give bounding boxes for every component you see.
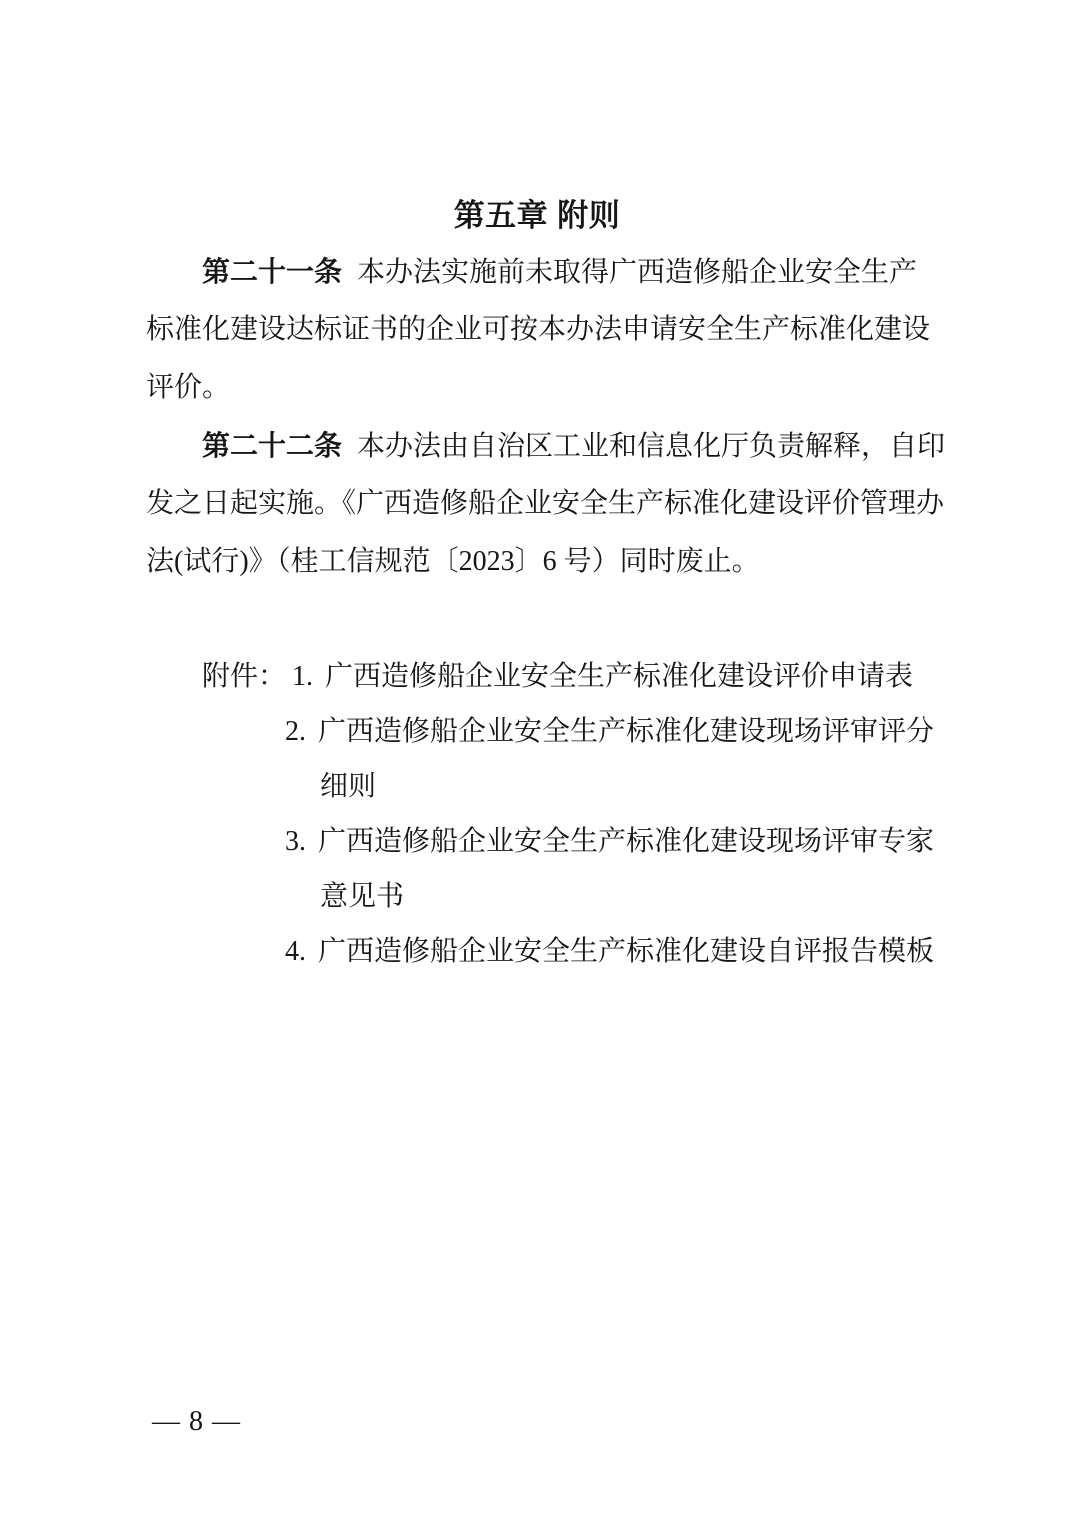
article-21-text-1: 本办法实施前未取得广西造修船企业安全生产 [357, 257, 917, 288]
article-22-line-1: 第二十二条本办法由自治区工业和信息化厅负责解释，自印 [146, 417, 936, 475]
attachments-list: 附件：1.广西造修船企业安全生产标准化建设评价申请表 2.广西造修船企业安全生产… [146, 649, 966, 979]
article-22-text-1: 本办法由自治区工业和信息化厅负责解释，自印 [357, 431, 945, 462]
article-21-number: 第二十一条 [202, 256, 342, 287]
attachment-1-text: 广西造修船企业安全生产标准化建设评价申请表 [325, 661, 913, 692]
article-22-text-2: 发之日起实施。《广西造修船企业安全生产标准化建设评价管理办 [146, 475, 936, 533]
article-22-text-3: 法(试行)》（桂工信规范〔2023〕6 号）同时废止。 [146, 533, 936, 591]
document-page: 第五章 附则 第二十一条本办法实施前未取得广西造修船企业安全生产 标准化建设达标… [0, 0, 1074, 1520]
article-22-number: 第二十二条 [202, 430, 342, 461]
attachment-2-text-2: 细则 [146, 759, 966, 814]
attachment-3-text-1: 广西造修船企业安全生产标准化建设现场评审专家 [318, 826, 934, 857]
chapter-title: 第五章 附则 [0, 190, 1074, 235]
article-21-line-1: 第二十一条本办法实施前未取得广西造修船企业安全生产 [146, 243, 936, 301]
attachment-item-1: 附件：1.广西造修船企业安全生产标准化建设评价申请表 [146, 649, 966, 704]
attachment-item-2: 2.广西造修船企业安全生产标准化建设现场评审评分 [146, 704, 966, 759]
attachment-2-text-1: 广西造修船企业安全生产标准化建设现场评审评分 [318, 716, 934, 747]
article-21-text-3: 评价。 [146, 359, 936, 417]
attachments-label: 附件： [202, 661, 286, 692]
attachment-3-number: 3. [285, 826, 306, 857]
attachment-4-number: 4. [285, 936, 306, 967]
attachment-item-3: 3.广西造修船企业安全生产标准化建设现场评审专家 [146, 814, 966, 869]
attachment-item-4: 4.广西造修船企业安全生产标准化建设自评报告模板 [146, 924, 966, 979]
attachment-3-text-2: 意见书 [146, 869, 966, 924]
attachment-4-text: 广西造修船企业安全生产标准化建设自评报告模板 [318, 936, 934, 967]
article-21-text-2: 标准化建设达标证书的企业可按本办法申请安全生产标准化建设 [146, 301, 936, 359]
article-body: 第二十一条本办法实施前未取得广西造修船企业安全生产 标准化建设达标证书的企业可按… [146, 243, 936, 591]
attachment-2-number: 2. [285, 716, 306, 747]
page-number: — 8 — [152, 1406, 241, 1438]
attachment-1-number: 1. [292, 661, 313, 692]
